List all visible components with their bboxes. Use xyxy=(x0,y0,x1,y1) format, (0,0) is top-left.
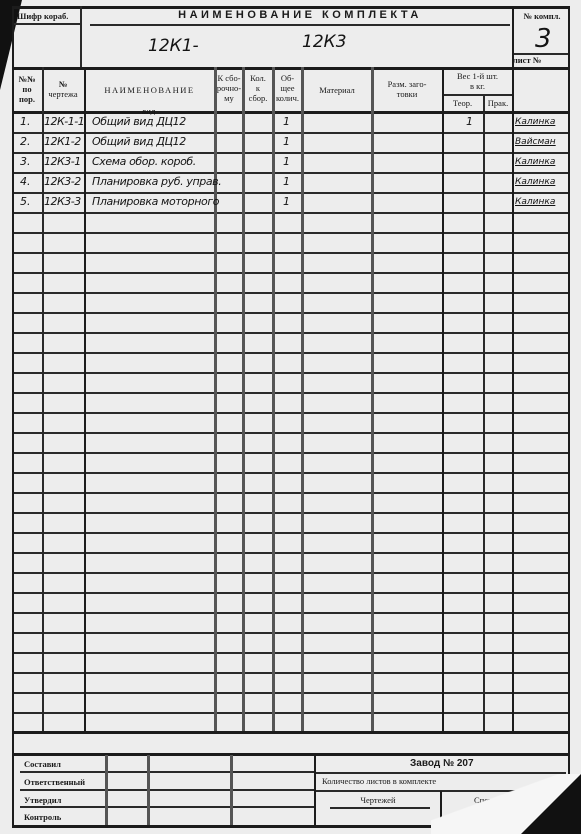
row-line xyxy=(12,432,568,434)
row-line xyxy=(12,672,568,674)
footer-label-compiled: Составил xyxy=(24,759,61,769)
footer-label-responsible: Ответственный xyxy=(24,777,85,787)
row-drawing: 12К1-2 xyxy=(44,135,81,148)
row-line xyxy=(12,232,568,234)
row-line xyxy=(12,372,568,374)
komplekt-name-2: 12К3 xyxy=(302,32,347,52)
weight-subdivider xyxy=(442,94,513,96)
row-remark: Калинка xyxy=(515,157,555,167)
col-header-weight-theor: Теор. xyxy=(442,98,483,108)
row-line xyxy=(12,612,568,614)
footer-row-line xyxy=(20,789,314,791)
row-total-qty: 1 xyxy=(283,115,290,128)
row-remark: Вайсман xyxy=(515,137,556,147)
row-remark: Калинка xyxy=(515,197,555,207)
row-weight-theor: 1 xyxy=(466,115,473,128)
row-line xyxy=(12,252,568,254)
row-line xyxy=(12,352,568,354)
row-name: Схема обор. короб. xyxy=(92,155,196,168)
row-name: Планировка моторного xyxy=(92,195,219,208)
divider xyxy=(12,23,80,25)
left-border xyxy=(12,6,14,826)
col-divider-blank-size xyxy=(442,67,444,731)
col-header-drawing: № чертежа xyxy=(42,79,84,99)
row-num: 2. xyxy=(20,135,31,148)
row-line xyxy=(12,512,568,514)
row-line xyxy=(12,472,568,474)
factory-label: Завод № 207 xyxy=(410,758,474,769)
row-line xyxy=(12,452,568,454)
row-total-qty: 1 xyxy=(283,195,290,208)
col-header-name: НАИМЕНОВАНИЕ xyxy=(84,85,215,95)
ship-cipher-label: Шифр кораб. xyxy=(17,11,68,21)
row-total-qty: 1 xyxy=(283,155,290,168)
footer-top-border xyxy=(12,753,570,756)
col-divider-qty-assembly xyxy=(272,67,275,731)
row-line xyxy=(12,332,568,334)
row-name: Общий вид ДЦ12 xyxy=(92,135,186,148)
row-line xyxy=(12,532,568,534)
row-name-note: вид xyxy=(142,108,156,116)
header-top-border xyxy=(12,67,570,70)
row-line xyxy=(12,492,568,494)
row-line xyxy=(12,632,568,634)
row-remark: Калинка xyxy=(515,177,555,187)
col-header-material: Материал xyxy=(302,85,372,95)
footer-row-line xyxy=(20,806,314,808)
row-line xyxy=(12,132,568,134)
row-line xyxy=(12,712,568,714)
footer-label-approved: Утвердил xyxy=(24,795,61,805)
row-line xyxy=(12,292,568,294)
right-border xyxy=(568,6,570,826)
row-line xyxy=(12,152,568,154)
col-divider-cipher xyxy=(80,6,82,67)
col-header-weight: Вес 1-й шт. в кг. xyxy=(442,71,513,91)
row-line xyxy=(12,192,568,194)
row-drawing: 12К3-1 xyxy=(44,155,81,168)
footer-row-line xyxy=(20,771,314,773)
row-num: 4. xyxy=(20,175,31,188)
row-remark: Калинка xyxy=(515,117,555,127)
sheet-count-label: Количество листов в комплекте xyxy=(322,776,436,786)
table-bottom-border xyxy=(12,731,570,734)
title-underline xyxy=(90,24,510,26)
komplekt-no-label: № компл. xyxy=(516,11,568,21)
row-total-qty: 1 xyxy=(283,135,290,148)
row-line xyxy=(12,212,568,214)
col-header-qty-assembly: Кол. к сбор. xyxy=(243,73,273,103)
col-divider-total xyxy=(301,67,304,731)
page-title: НАИМЕНОВАНИЕ КОМПЛЕКТА xyxy=(150,9,450,21)
col-header-num: №№ по пор. xyxy=(12,74,42,104)
footer-col-divider xyxy=(147,755,150,825)
row-line xyxy=(12,652,568,654)
row-num: 3. xyxy=(20,155,31,168)
header-bottom-border xyxy=(12,111,570,114)
col-divider-theor xyxy=(483,112,485,731)
row-line xyxy=(12,272,568,274)
row-line xyxy=(12,312,568,314)
row-name: Планировка руб. управ. xyxy=(92,175,221,188)
col-divider-name xyxy=(214,67,217,731)
sheet-no-label: лист № xyxy=(513,55,541,65)
row-drawing: 12К-1-1 xyxy=(44,115,84,128)
col-header-weight-pract: Прак. xyxy=(483,98,513,108)
row-line xyxy=(12,592,568,594)
footer-col-divider xyxy=(230,755,233,825)
row-line xyxy=(12,552,568,554)
col-divider-material xyxy=(371,67,374,731)
row-name: Общий вид ДЦ12 xyxy=(92,115,186,128)
col-header-blank-size: Разм. заго- товки xyxy=(372,79,442,99)
scan-shadow-bottom-right xyxy=(521,774,581,834)
row-drawing: 12К3-3 xyxy=(44,195,81,208)
row-line xyxy=(12,412,568,414)
row-num: 5. xyxy=(20,195,31,208)
document-sheet: Шифр кораб. НАИМЕНОВАНИЕ КОМПЛЕКТА № ком… xyxy=(0,0,581,834)
footer-col-divider xyxy=(105,755,108,825)
footer-label-control: Контроль xyxy=(24,812,61,822)
col-divider-drawing xyxy=(84,67,86,731)
row-num: 1. xyxy=(20,115,31,128)
row-line xyxy=(12,692,568,694)
drawings-count-label: Чертежей xyxy=(316,795,440,805)
col-header-to-assembly: К сбо- рочно- му xyxy=(215,73,243,103)
col-header-total-qty: Об- щее колич. xyxy=(273,73,302,103)
row-line xyxy=(12,392,568,394)
footer-row-line xyxy=(330,807,430,809)
row-total-qty: 1 xyxy=(283,175,290,188)
komplekt-no-value: 3 xyxy=(535,24,552,54)
col-divider-to-assembly xyxy=(242,67,245,731)
weight-col-divider xyxy=(483,95,485,112)
row-line xyxy=(12,572,568,574)
col-divider-pract xyxy=(512,6,514,731)
row-line xyxy=(12,172,568,174)
row-drawing: 12К3-2 xyxy=(44,175,81,188)
komplekt-name-1: 12К1- xyxy=(148,36,199,56)
